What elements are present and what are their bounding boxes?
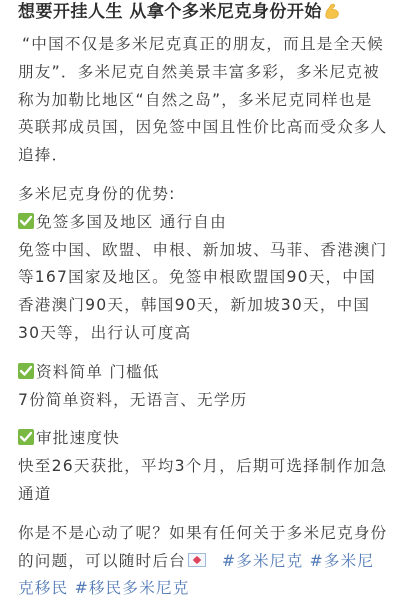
closing-paragraph: 你是不是心动了呢？如果有任何关于多米尼克身份的问题，可以随时后台#多米尼克 #多…: [18, 520, 388, 600]
post-body: 想要开挂人生 从拿个多米尼克身份开始 “中国不仅是多米尼克真正的朋友，而且是全天…: [0, 0, 402, 600]
hashtag-immigrate-dominica[interactable]: #移民多米尼克: [75, 579, 190, 597]
advantage-heading: 审批速度快: [36, 429, 120, 447]
love-letter-icon: [188, 553, 206, 567]
hashtag-dominica[interactable]: #多米尼克: [222, 552, 303, 570]
advantage-detail: 7份简单资料，无语言、无学历: [18, 387, 388, 415]
advantage-detail: 免签中国、欧盟、申根、新加坡、马菲、香港澳门等167国家及地区。免签申根欧盟国9…: [18, 237, 388, 348]
check-mark-icon: [18, 429, 34, 445]
advantages-heading: 多米尼克身份的优势:: [18, 181, 388, 209]
check-mark-icon: [18, 363, 34, 379]
post-title-text: 想要开挂人生 从拿个多米尼克身份开始: [18, 2, 322, 22]
advantage-detail: 快至26天获批，平均3个月，后期可选择制作加急通道: [18, 453, 388, 509]
advantage-heading: 免签多国及地区 通行自由: [36, 213, 227, 231]
advantage-item: 资料简单 门槛低 7份简单资料，无语言、无学历: [18, 359, 388, 415]
advantage-heading-line: 资料简单 门槛低: [18, 359, 388, 387]
intro-paragraph: “中国不仅是多米尼克真正的朋友，而且是全天候朋友”．多米尼克自然美景丰富多彩，多…: [18, 31, 388, 170]
advantage-heading-line: 审批速度快: [18, 425, 388, 453]
muscle-emoji-icon: [323, 2, 341, 20]
advantage-item: 免签多国及地区 通行自由 免签中国、欧盟、申根、新加坡、马菲、香港澳门等167国…: [18, 209, 388, 348]
post-title: 想要开挂人生 从拿个多米尼克身份开始: [18, 0, 388, 24]
advantage-heading-line: 免签多国及地区 通行自由: [18, 209, 388, 237]
check-mark-icon: [18, 213, 34, 229]
advantage-heading: 资料简单 门槛低: [36, 363, 160, 381]
advantage-item: 审批速度快 快至26天获批，平均3个月，后期可选择制作加急通道: [18, 425, 388, 508]
